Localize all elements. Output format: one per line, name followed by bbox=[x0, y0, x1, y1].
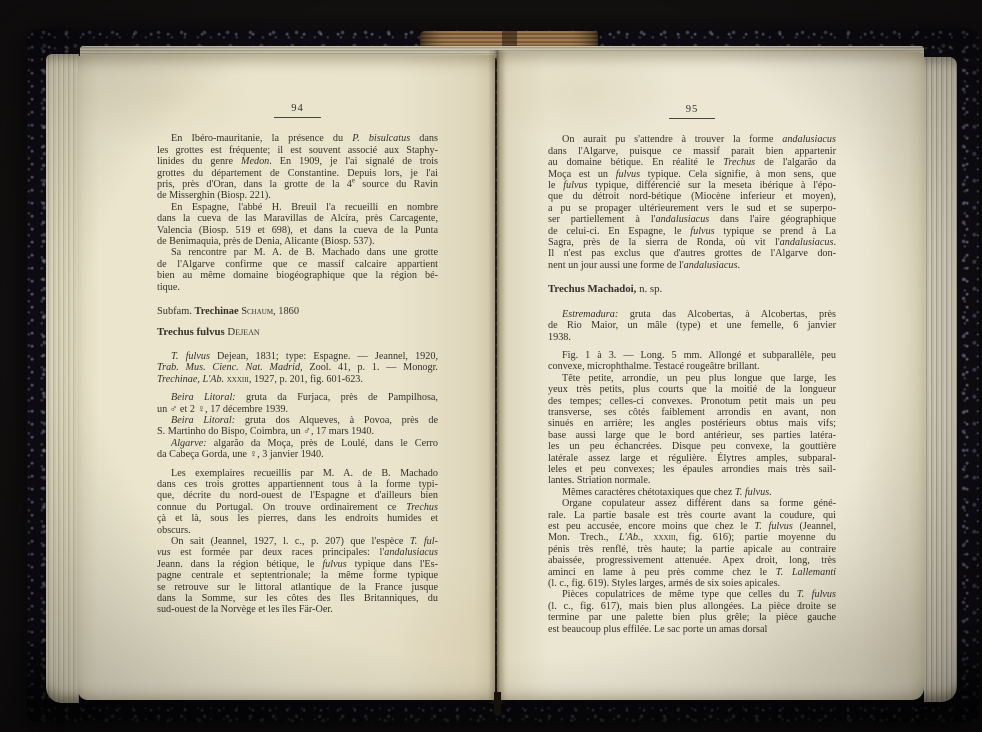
right-page-text-column: 95 On aurait pu s'attendre à trouver la … bbox=[548, 104, 836, 635]
text-line: pénis très renflé, très haute; la partie… bbox=[548, 544, 836, 555]
page-stack-right-edge bbox=[924, 57, 957, 702]
text-line: abaissée, progressivement attenuée. Apex… bbox=[548, 555, 836, 566]
text-line: de celui-ci. En Espagne, le fulvus typiq… bbox=[548, 226, 836, 237]
para: Tête petite, arrondie, un peu plus longu… bbox=[548, 373, 836, 487]
text-line: Moça est un fulvus typique. Cela signifi… bbox=[548, 169, 836, 180]
text-line: de Misserghin (Biosp. 221). bbox=[157, 190, 438, 201]
text-line: Il n'est pas exclus que d'autres grottes… bbox=[548, 248, 836, 259]
para: En Espagne, l'abbé H. Breuil l'a recueil… bbox=[157, 202, 438, 248]
text-line: tique. bbox=[157, 282, 438, 293]
text-line: de Rio Maior, un mâle (type) et une feme… bbox=[548, 320, 836, 331]
text-line: En Ibéro-mauritanie, la présence du P. b… bbox=[157, 133, 438, 144]
record: Algarve: algarão da Moça, près de Loulé,… bbox=[157, 438, 438, 461]
text-line: Beira Litoral: gruta da Furjaca, près de… bbox=[157, 392, 438, 403]
text-line: dans la cueva de las Maravillas de Alcír… bbox=[157, 213, 438, 224]
text-line: Trab. Mus. Cienc. Nat. Madrid, Zool. 41,… bbox=[157, 362, 438, 373]
citation: T. fulvus Dejean, 1831; type: Espagne. —… bbox=[157, 351, 438, 385]
text-line: aminci en lame à peu près comme chez le … bbox=[548, 567, 836, 578]
text-line: que, décrite du nord-ouest de l'Espagne … bbox=[157, 490, 438, 501]
para: Mêmes caractères chétotaxiques que chez … bbox=[548, 487, 836, 498]
page-number: 94 bbox=[274, 103, 321, 118]
text-line: vus est formée par deux races principale… bbox=[157, 547, 438, 558]
para: Organe copulateur assez différent dans s… bbox=[548, 498, 836, 589]
text-line: T. fulvus Dejean, 1831; type: Espagne. —… bbox=[157, 351, 438, 362]
text-line: sinués en arrière; les angles postérieur… bbox=[548, 418, 836, 429]
text-line: dans la Somme, sur les côtes des Iles Br… bbox=[157, 593, 438, 604]
text-line: nent un jour aussi une forme de l'andalu… bbox=[548, 260, 836, 271]
text-line: Subfam. Trechinae Schaum, 1860 bbox=[157, 306, 438, 317]
page-header: 95 bbox=[548, 104, 836, 119]
page-stack-left-edge bbox=[46, 54, 79, 703]
text-line: transverse, ses côtés faiblement arrondi… bbox=[548, 407, 836, 418]
para: Sa rencontre par M. A. de B. Machado dan… bbox=[157, 247, 438, 293]
text-line: Trechus fulvus Dejean bbox=[157, 327, 438, 338]
text-line: Les exemplaires recueillis par M. A. de … bbox=[157, 468, 438, 479]
text-line: des tempes; celles-ci convexes. Pronotum… bbox=[548, 396, 836, 407]
text-line: Pièces copulatrices de même type que cel… bbox=[548, 589, 836, 600]
species-heading: Trechus Machadoi, n. sp. bbox=[548, 284, 836, 295]
para: Les exemplaires recueillis par M. A. de … bbox=[157, 468, 438, 536]
left-page: 94 En Ibéro-mauritanie, la présence du P… bbox=[78, 55, 495, 700]
text-line: On aurait pu s'attendre à trouver la for… bbox=[548, 134, 836, 145]
text-line: base aussi large que le bord antérieur, … bbox=[548, 430, 836, 441]
text-line: Trechus Machadoi, n. sp. bbox=[548, 284, 836, 295]
text-line: termine par une palette bien plus grêle;… bbox=[548, 612, 836, 623]
text-line: Organe copulateur assez différent dans s… bbox=[548, 498, 836, 509]
page-header: 94 bbox=[157, 103, 438, 118]
text-line: (l. c., fig. 617), mais bien plus allong… bbox=[548, 601, 836, 612]
text-line: ser partiellement à l'andalusiacus dans … bbox=[548, 214, 836, 225]
para: En Ibéro-mauritanie, la présence du P. b… bbox=[157, 133, 438, 201]
para: On aurait pu s'attendre à trouver la for… bbox=[548, 134, 836, 271]
text-line: les un peu échancrées. Disque peu convex… bbox=[548, 441, 836, 452]
text-line: les grottes est fréquente; il est souven… bbox=[157, 145, 438, 156]
text-line: leles et peu convexes; les épaules arron… bbox=[548, 464, 836, 475]
text-line: un ♂ et 2 ♀, 17 décembre 1939. bbox=[157, 404, 438, 415]
subfam-heading: Subfam. Trechinae Schaum, 1860 bbox=[157, 306, 438, 317]
text-line: Trechinae, L'Ab. xxxiii, 1927, p. 201, f… bbox=[157, 374, 438, 385]
text-line: pris, près d'Oran, dans la grotte de la … bbox=[157, 179, 438, 190]
left-page-blocks: En Ibéro-mauritanie, la présence du P. b… bbox=[157, 133, 438, 615]
para: Pièces copulatrices de même type que cel… bbox=[548, 589, 836, 635]
text-line: Beira Litoral: gruta dos Alqueves, à Pov… bbox=[157, 415, 438, 426]
text-line: Tête petite, arrondie, un peu plus longu… bbox=[548, 373, 836, 384]
text-line: a pu se propager ultérieurement vers le … bbox=[548, 203, 836, 214]
text-line: obscurs. bbox=[157, 525, 438, 536]
text-line: lantes. Striation normale. bbox=[548, 475, 836, 486]
text-line: Jeann. dans la région bétique, le fulvus… bbox=[157, 559, 438, 570]
species-heading: Trechus fulvus Dejean bbox=[157, 327, 438, 338]
left-page-text-column: 94 En Ibéro-mauritanie, la présence du P… bbox=[157, 103, 438, 616]
text-line: de Benimaquia, près de Denia, Alicante (… bbox=[157, 236, 438, 247]
record: Beira Litoral: gruta da Furjaca, près de… bbox=[157, 392, 438, 415]
text-line: Sagra, près de la sierra de Ronda, où vi… bbox=[548, 237, 836, 248]
text-line: latérale assez large et régulière. Élytr… bbox=[548, 453, 836, 464]
text-line: da Cabeça Gorda, une ♀, 3 janvier 1940. bbox=[157, 449, 438, 460]
text-line: Valencia (Biosp. 519 et 698), et dans la… bbox=[157, 225, 438, 236]
open-book-photo: 94 En Ibéro-mauritanie, la présence du P… bbox=[0, 0, 982, 732]
text-line: dans l'Algarve, puisque ce massif parait… bbox=[548, 146, 836, 157]
text-line: Mêmes caractères chétotaxiques que chez … bbox=[548, 487, 836, 498]
para: Fig. 1 à 3. — Long. 5 mm. Allongé et sub… bbox=[548, 350, 836, 373]
text-line: En Espagne, l'abbé H. Breuil l'a recueil… bbox=[157, 202, 438, 213]
text-line: connue du Portugal. On trouve ordinairem… bbox=[157, 502, 438, 513]
text-line: çà et là, sous les pierres, dans les end… bbox=[157, 513, 438, 524]
text-line: de l'Algarve confirme que ce massif calc… bbox=[157, 259, 438, 270]
page-number: 95 bbox=[669, 104, 716, 119]
text-line: rale. La partie basale est très courte a… bbox=[548, 510, 836, 521]
text-line: Fig. 1 à 3. — Long. 5 mm. Allongé et sub… bbox=[548, 350, 836, 361]
text-line: yeux très petits, plus courts que la moi… bbox=[548, 384, 836, 395]
text-line: est beaucoup plus effilée. Le sac porte … bbox=[548, 624, 836, 635]
record: Estremadura: gruta das Alcobertas, à Alc… bbox=[548, 309, 836, 343]
right-page: 95 On aurait pu s'attendre à trouver la … bbox=[497, 52, 924, 700]
text-line: au domaine bétique. En réalité le Trechu… bbox=[548, 157, 836, 168]
text-line: pagne centrale et septentrionale; la mêm… bbox=[157, 570, 438, 581]
text-line: Estremadura: gruta das Alcobertas, à Alc… bbox=[548, 309, 836, 320]
right-page-blocks: On aurait pu s'attendre à trouver la for… bbox=[548, 134, 836, 635]
text-line: dans ces trois grottes appartiennent tou… bbox=[157, 479, 438, 490]
text-line: le fulvus typique, différencié sur la me… bbox=[548, 180, 836, 191]
text-line: se retrouve sur le littoral atlantique d… bbox=[157, 582, 438, 593]
text-line: bien au même domaine biogéographique que… bbox=[157, 270, 438, 281]
text-line: 1938. bbox=[548, 332, 836, 343]
text-line: Sa rencontre par M. A. de B. Machado dan… bbox=[157, 247, 438, 258]
text-line: (l. c., fig. 619). Styles larges, armés … bbox=[548, 578, 836, 589]
record: Beira Litoral: gruta dos Alqueves, à Pov… bbox=[157, 415, 438, 438]
text-line: est peu accusée, encore moins que chez l… bbox=[548, 521, 836, 532]
text-line: S. Martinho do Bispo, Coimbra, un ♂, 17 … bbox=[157, 426, 438, 437]
text-line: sud-ouest de la Norvège et les îles Fär-… bbox=[157, 604, 438, 615]
text-line: On sait (Jeannel, 1927, l. c., p. 207) q… bbox=[157, 536, 438, 547]
text-line: que du détroit nord-bétique (Miocène inf… bbox=[548, 191, 836, 202]
text-line: Mon. Trech., L'Ab., xxxiii, fig. 616); p… bbox=[548, 532, 836, 543]
para: On sait (Jeannel, 1927, l. c., p. 207) q… bbox=[157, 536, 438, 616]
text-line: grottes du département de Constantine. D… bbox=[157, 168, 438, 179]
text-line: convexe, microphthalme. Testacé rougeâtr… bbox=[548, 361, 836, 372]
text-line: linides du genre Medon. En 1909, je l'ai… bbox=[157, 156, 438, 167]
text-line: Algarve: algarão da Moça, près de Loulé,… bbox=[157, 438, 438, 449]
